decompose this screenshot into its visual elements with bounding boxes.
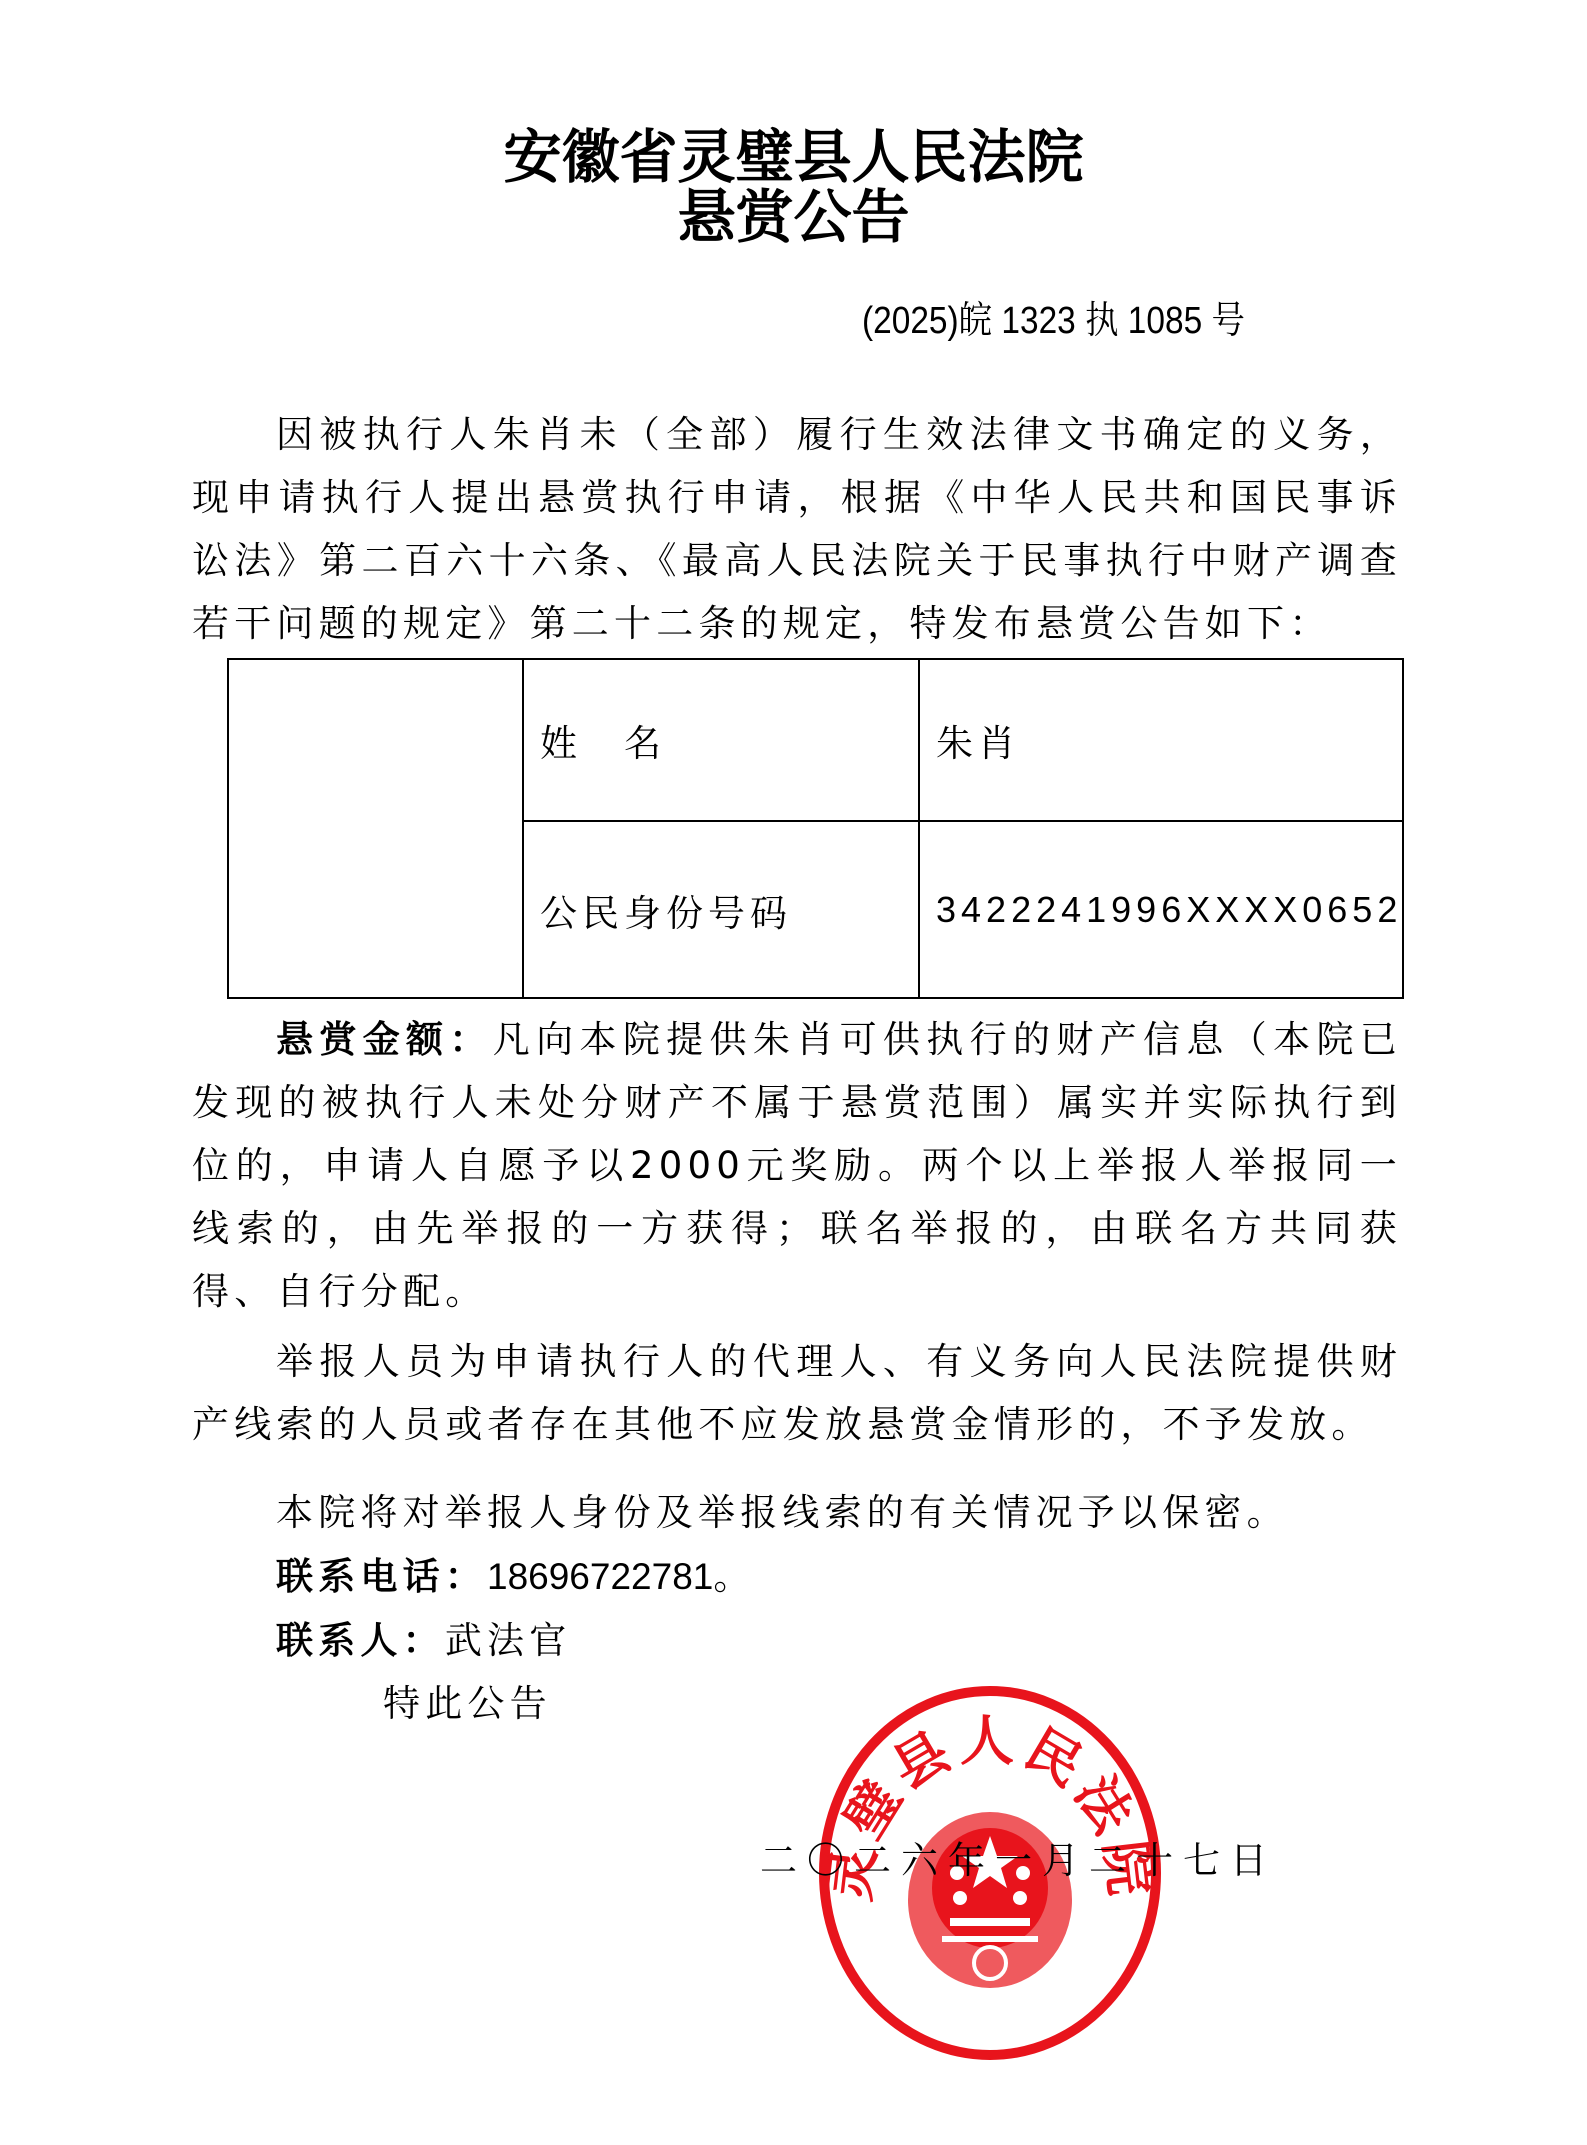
intro-paragraph: 因被执行人朱肖未（全部）履行生效法律文书确定的义务，现申请执行人提出悬赏执行申请… [192, 403, 1402, 655]
person-label: 联系人： [276, 1619, 445, 1662]
contact-person-line: 联系人：武法官 [276, 1609, 571, 1672]
id-number-value: 3422241996XXXX0652 [919, 821, 1403, 998]
confidentiality-statement: 本院将对举报人身份及举报线索的有关情况予以保密。 [276, 1481, 1289, 1544]
phone-label: 联系电话： [276, 1555, 487, 1598]
reward-paragraph: 悬赏金额：凡向本院提供朱肖可供执行的财产信息（本院已发现的被执行人未处分财产不属… [192, 1008, 1402, 1323]
reward-label: 悬赏金额： [276, 1018, 493, 1061]
closing-statement: 特此公告 [383, 1672, 552, 1735]
court-name: 安徽省灵璧县人民法院 [0, 127, 1587, 187]
issue-date: 二〇二六年一月二十七日 [760, 1838, 1277, 1884]
name-label: 姓 名 [523, 659, 919, 821]
person-name: 武法官 [445, 1619, 572, 1662]
document-title: 悬赏公告 [0, 187, 1587, 247]
id-number-label: 公民身份号码 [523, 821, 919, 998]
name-value: 朱肖 [919, 659, 1403, 821]
case-number: (2025)皖 1323 执 1085 号 [862, 298, 1245, 344]
phone-number: 18696722781。 [487, 1556, 750, 1597]
subject-info-table: 姓 名 朱肖 公民身份号码 3422241996XXXX0652 [227, 658, 1404, 999]
exclusion-paragraph: 举报人员为申请执行人的代理人、有义务向人民法院提供财产线索的人员或者存在其他不应… [192, 1330, 1402, 1456]
photo-cell [228, 659, 523, 998]
table-row: 姓 名 朱肖 [228, 659, 1403, 821]
reward-text: 凡向本院提供朱肖可供执行的财产信息（本院已发现的被执行人未处分财产不属于悬赏范围… [192, 1018, 1402, 1313]
contact-phone-line: 联系电话：18696722781。 [276, 1545, 750, 1608]
